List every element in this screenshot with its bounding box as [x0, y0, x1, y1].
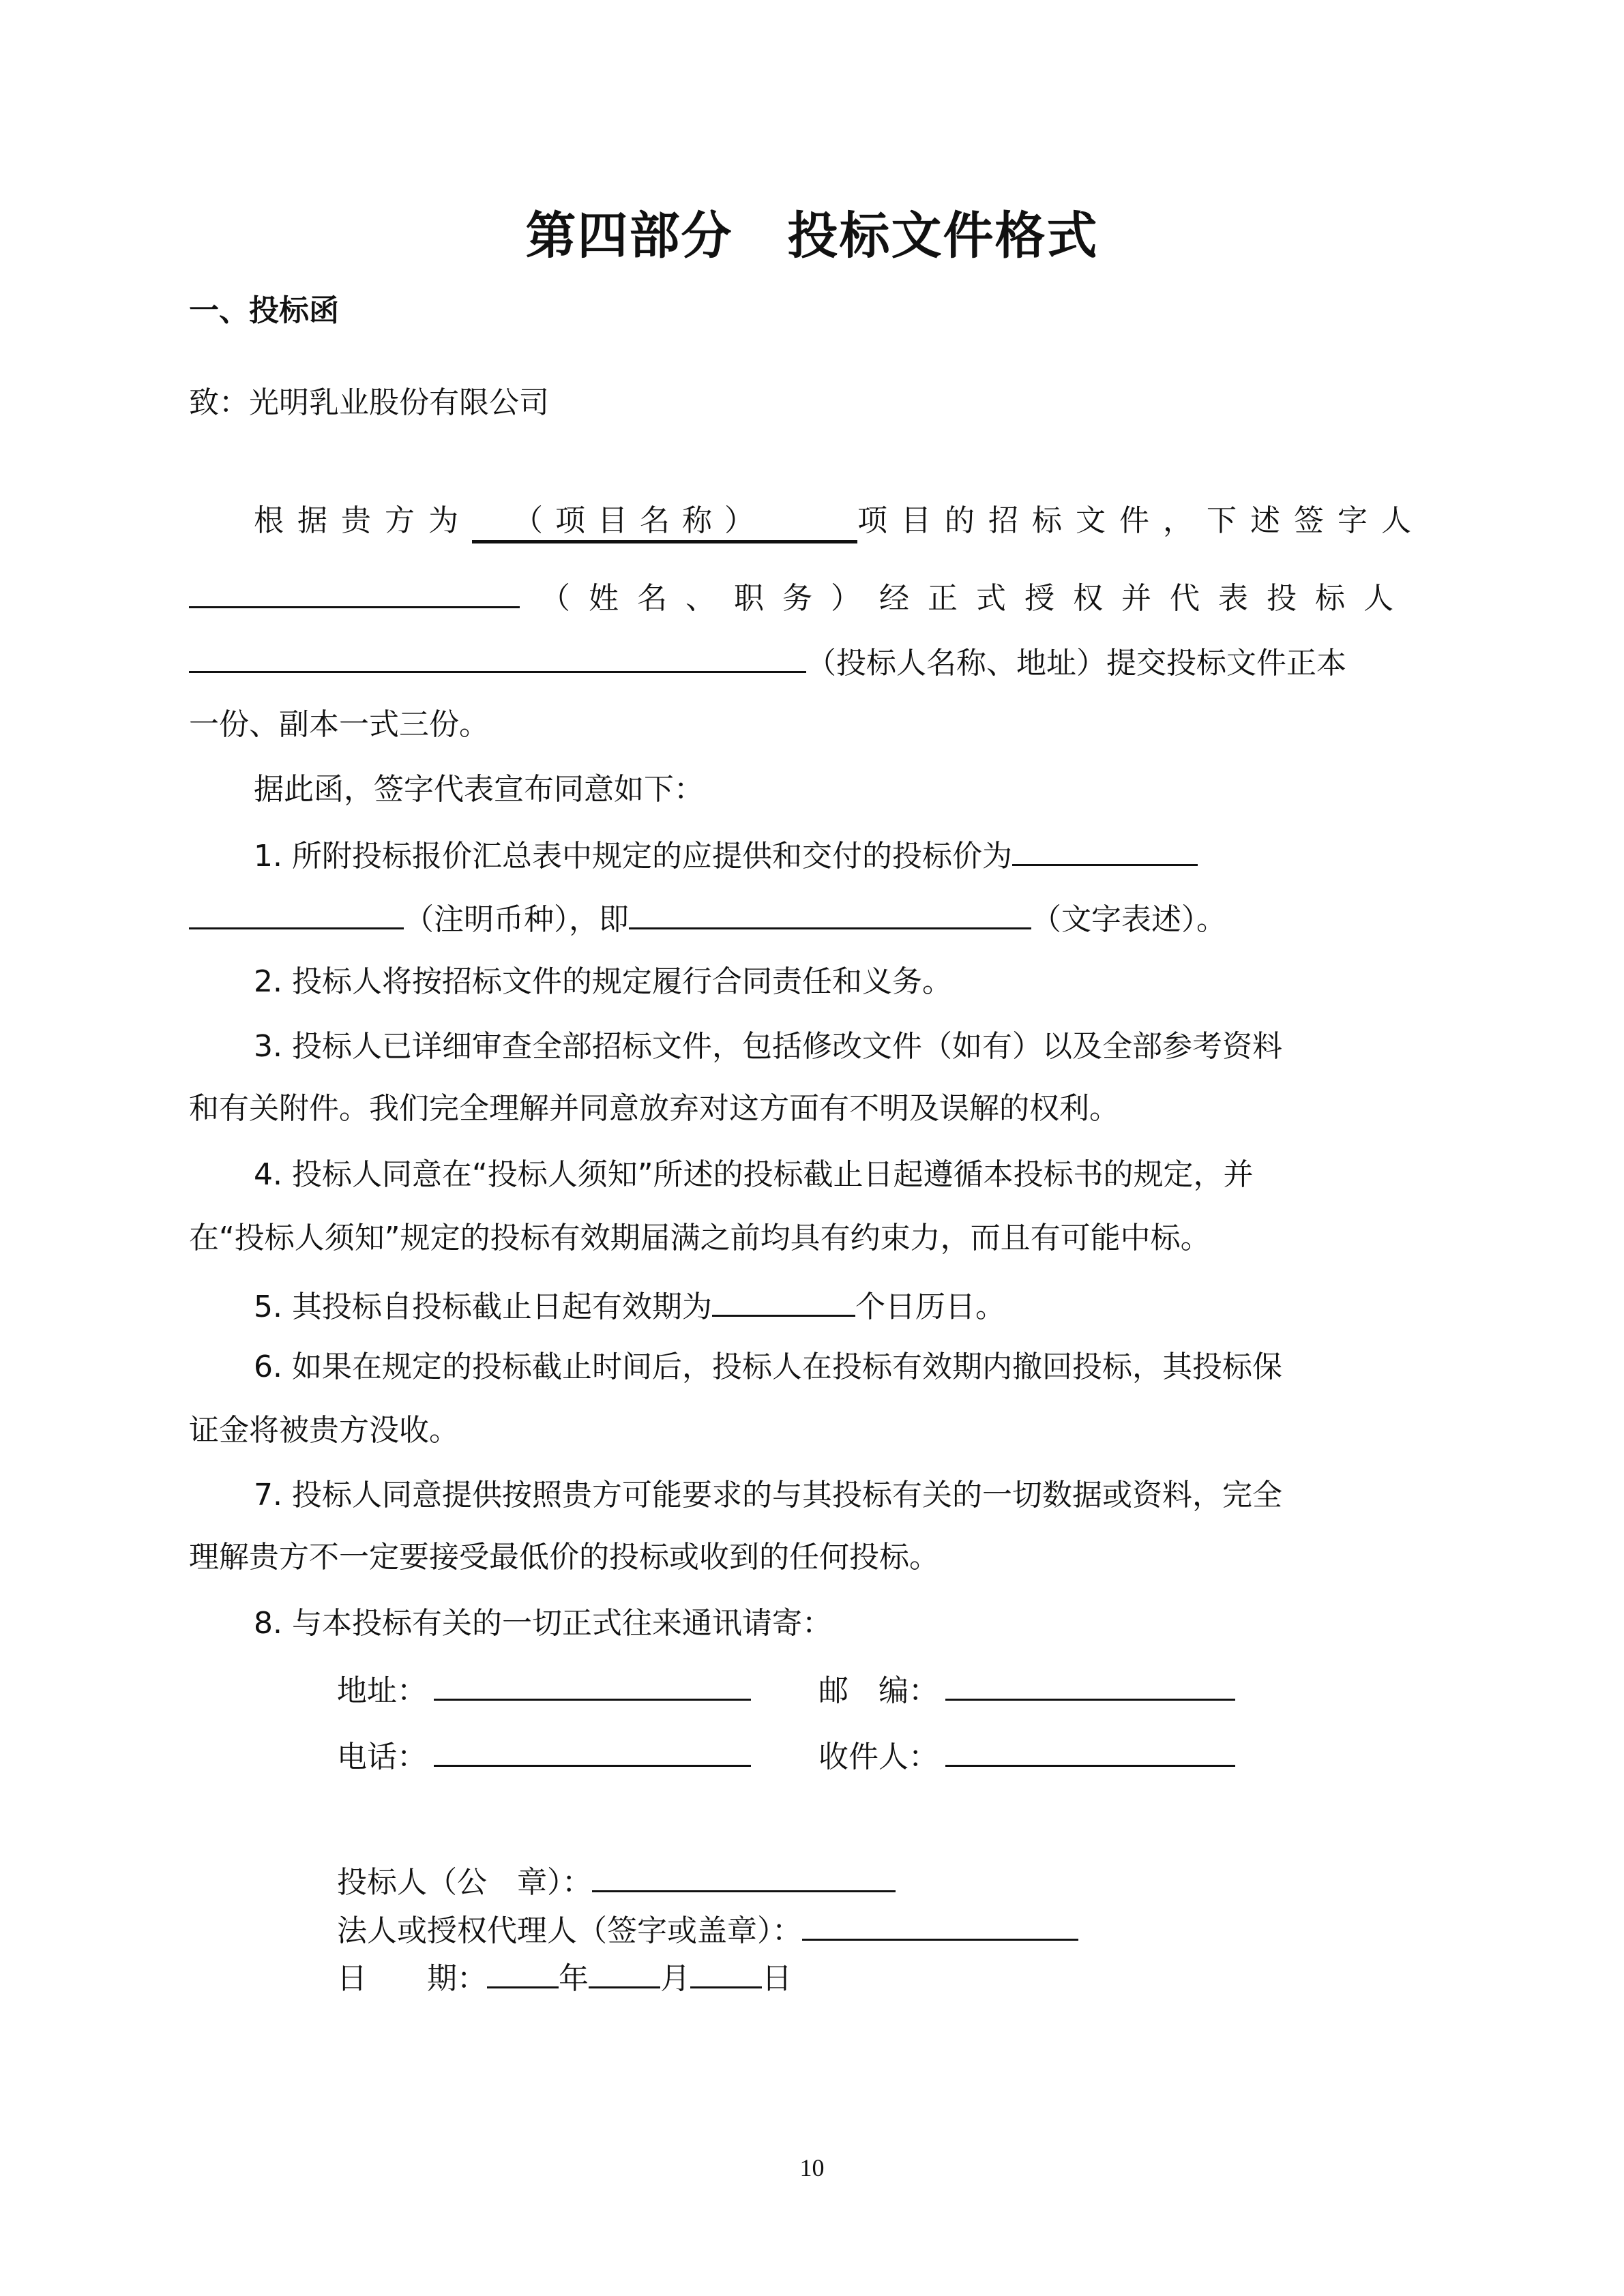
- recipient-field[interactable]: [945, 1735, 1235, 1767]
- address-row: 地址：: [337, 1669, 751, 1710]
- item-5-suffix: 个日历日。: [855, 1289, 1005, 1324]
- recipient-label: 收件人：: [818, 1740, 939, 1774]
- intro-line-3: （投标人名称、地址）提交投标文件正本: [189, 641, 1346, 683]
- item-7-line-2: 理解贵方不一定要接受最低价的投标或收到的任何投标。: [189, 1538, 939, 1577]
- amount-words-blank[interactable]: [629, 897, 1031, 929]
- month-label: 月: [660, 1961, 690, 1996]
- postcode-field[interactable]: [945, 1669, 1235, 1701]
- postcode-row: 邮 编：: [818, 1669, 1235, 1710]
- item-8: 8. 与本投标有关的一切正式往来通讯请寄：: [254, 1605, 832, 1643]
- intro-line-2-text: （姓名、职务）经正式授权并代表投标人: [540, 581, 1412, 616]
- postcode-label: 邮 编：: [818, 1673, 939, 1708]
- item-3-line-1: 3. 投标人已详细审查全部招标文件，包括修改文件（如有）以及全部参考资料: [254, 1028, 1282, 1066]
- item-5-text: 5. 其投标自投标截止日起有效期为: [254, 1289, 712, 1324]
- validity-days-blank[interactable]: [712, 1285, 855, 1317]
- recipient-row: 收件人：: [818, 1735, 1235, 1776]
- address-label: 地址：: [337, 1673, 427, 1708]
- currency-amount-blank[interactable]: [189, 897, 404, 929]
- declaration: 据此函，签字代表宣布同意如下：: [254, 771, 704, 809]
- item-4-line-2: 在“投标人须知”规定的投标有效期届满之前均具有约束力，而且有可能中标。: [189, 1219, 1211, 1257]
- intro-line-4: 一份、副本一式三份。: [189, 706, 489, 744]
- addressee: 致：光明乳业股份有限公司: [189, 384, 549, 422]
- address-field[interactable]: [434, 1669, 751, 1701]
- phone-row: 电话：: [337, 1735, 751, 1776]
- legal-rep-row: 法人或授权代理人（签字或盖章）：: [337, 1909, 1078, 1950]
- page-number: 10: [0, 2153, 1624, 2182]
- bidder-seal-field[interactable]: [592, 1860, 896, 1892]
- item-2: 2. 投标人将按招标文件的规定履行合同责任和义务。: [254, 963, 952, 1001]
- document-page: 第四部分投标文件格式 一、投标函 致：光明乳业股份有限公司 根据贵方为（项目名称…: [0, 0, 1624, 2296]
- item-4-line-1: 4. 投标人同意在“投标人须知”所述的投标截止日起遵循本投标书的规定，并: [254, 1156, 1254, 1194]
- date-row: 日 期：年月日: [337, 1956, 792, 1998]
- bidder-name-address-blank[interactable]: [189, 641, 806, 673]
- legal-rep-field[interactable]: [802, 1909, 1078, 1941]
- currency-note: （注明币种），即: [404, 902, 629, 937]
- intro-prefix: 根据贵方为: [254, 503, 472, 538]
- day-field[interactable]: [690, 1956, 762, 1988]
- section-heading: 一、投标函: [189, 292, 339, 330]
- year-label: 年: [559, 1961, 589, 1996]
- bid-price-blank[interactable]: [1012, 834, 1198, 866]
- legal-rep-label: 法人或授权代理人（签字或盖章）：: [337, 1913, 802, 1948]
- bidder-seal-row: 投标人（公 章）：: [337, 1860, 896, 1902]
- intro-suffix: 项目的招标文件，下述签字人: [857, 503, 1425, 538]
- title-part: 第四部分: [526, 207, 733, 265]
- intro-line-1: 根据贵方为（项目名称）项目的招标文件，下述签字人: [254, 502, 1425, 543]
- day-label: 日: [762, 1961, 792, 1996]
- title-name: 投标文件格式: [788, 207, 1099, 265]
- month-field[interactable]: [589, 1956, 660, 1988]
- words-note: （文字表述）。: [1031, 902, 1226, 937]
- page-title: 第四部分投标文件格式: [0, 205, 1624, 267]
- bidder-seal-label: 投标人（公 章）：: [337, 1865, 592, 1900]
- item-7-line-1: 7. 投标人同意提供按照贵方可能要求的与其投标有关的一切数据或资料，完全: [254, 1476, 1282, 1515]
- item-3-line-2: 和有关附件。我们完全理解并同意放弃对这方面有不明及误解的权利。: [189, 1090, 1119, 1128]
- item-1-text: 1. 所附投标报价汇总表中规定的应提供和交付的投标价为: [254, 839, 1012, 874]
- year-field[interactable]: [487, 1956, 559, 1988]
- project-name-field[interactable]: （项目名称）: [472, 502, 857, 543]
- name-title-blank[interactable]: [189, 576, 520, 608]
- intro-line-2: （姓名、职务）经正式授权并代表投标人: [189, 576, 1412, 618]
- item-6-line-2: 证金将被贵方没收。: [189, 1412, 459, 1450]
- intro-line-3-text: （投标人名称、地址）提交投标文件正本: [806, 646, 1346, 681]
- phone-label: 电话：: [337, 1740, 427, 1774]
- date-label: 日 期：: [337, 1961, 487, 1996]
- phone-field[interactable]: [434, 1735, 751, 1767]
- item-1-line-2: （注明币种），即（文字表述）。: [189, 897, 1226, 939]
- item-1-line-1: 1. 所附投标报价汇总表中规定的应提供和交付的投标价为: [254, 834, 1198, 876]
- item-6-line-1: 6. 如果在规定的投标截止时间后，投标人在投标有效期内撤回投标，其投标保: [254, 1348, 1282, 1386]
- item-5: 5. 其投标自投标截止日起有效期为个日历日。: [254, 1285, 1005, 1326]
